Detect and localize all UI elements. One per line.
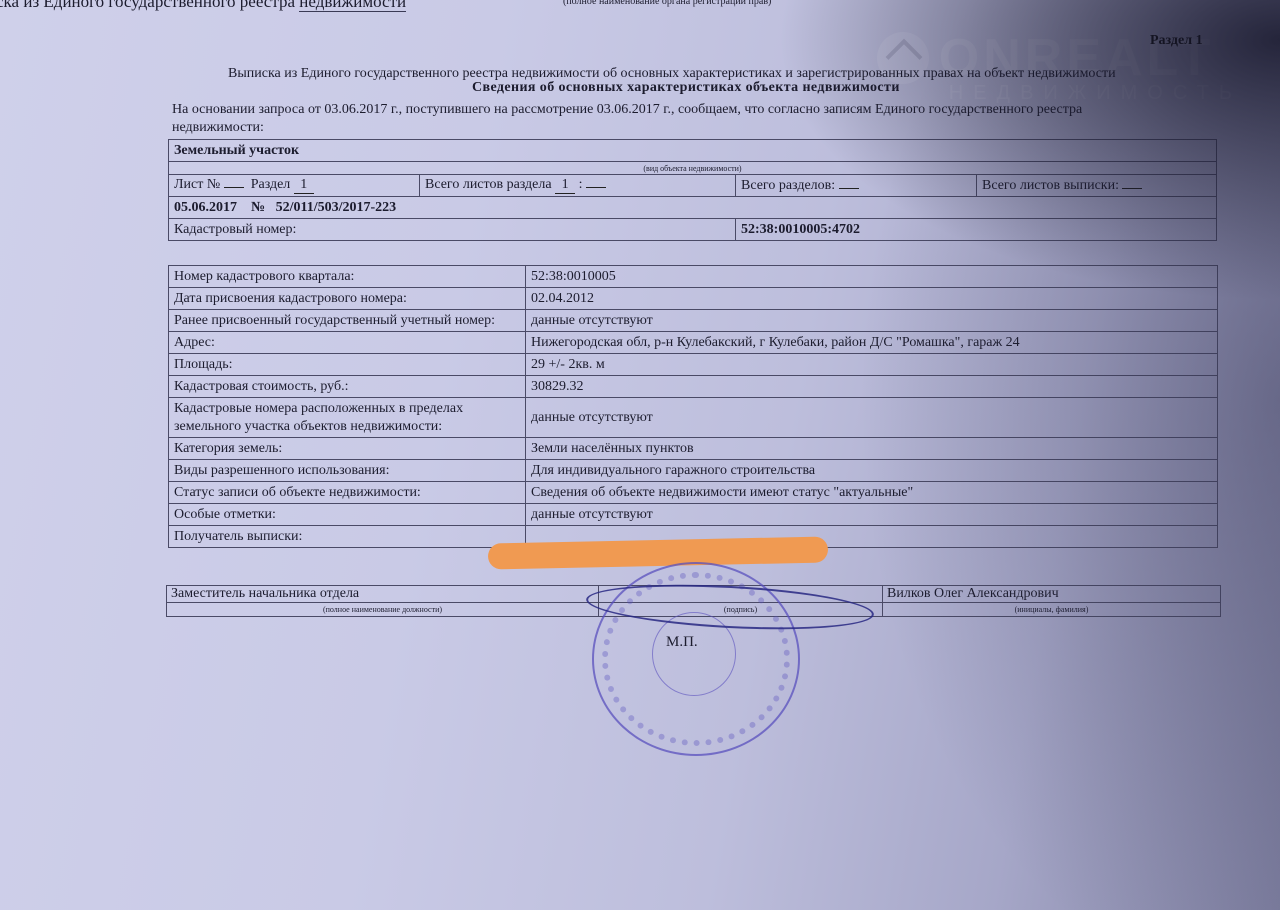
detail-label: Статус записи об объекте недвижимости: bbox=[169, 482, 526, 504]
sheet-cell: Лист № Раздел 1 bbox=[169, 175, 420, 197]
section-sheets-label: Всего листов раздела bbox=[425, 177, 552, 192]
detail-label: Кадастровая стоимость, руб.: bbox=[169, 376, 526, 398]
total-sheets-value bbox=[1122, 188, 1142, 189]
record-number-cell: 05.06.2017 № 52/011/503/2017-223 bbox=[169, 197, 1217, 219]
detail-label: Получатель выписки: bbox=[169, 526, 526, 548]
intro-paragraph: На основании запроса от 03.06.2017 г., п… bbox=[172, 101, 1152, 137]
total-sections-cell: Всего разделов: bbox=[736, 175, 977, 197]
detail-label: Площадь: bbox=[169, 354, 526, 376]
section-word: Раздел bbox=[251, 177, 291, 192]
detail-label: Адрес: bbox=[169, 332, 526, 354]
total-sections-value bbox=[839, 188, 859, 189]
position-value: Заместитель начальника отдела bbox=[167, 586, 599, 603]
object-type: Земельный участок bbox=[169, 140, 1217, 162]
detail-row: Площадь:29 +/- 2кв. м bbox=[169, 354, 1218, 376]
detail-row: Статус записи об объекте недвижимости:Св… bbox=[169, 482, 1218, 504]
detail-value: 29 +/- 2кв. м bbox=[526, 354, 1218, 376]
total-sheets-label: Всего листов выписки: bbox=[982, 178, 1119, 193]
sheet-label: Лист № bbox=[174, 177, 220, 192]
detail-row: Номер кадастрового квартала:52:38:001000… bbox=[169, 266, 1218, 288]
cadastral-label: Кадастровый номер: bbox=[169, 219, 736, 241]
section-sheets-value: 1 bbox=[555, 177, 575, 194]
authority-caption: (полное наименование органа регистрации … bbox=[563, 0, 771, 7]
detail-value: Нижегородская обл, р-н Кулебакский, г Ку… bbox=[526, 332, 1218, 354]
document-subtitle: Сведения об основных характеристиках объ… bbox=[472, 80, 900, 96]
top-title-underlined: недвижимости bbox=[299, 0, 406, 12]
section-sheets-blank bbox=[586, 187, 606, 188]
cadastral-value: 52:38:0010005:4702 bbox=[736, 219, 1217, 241]
total-sections-label: Всего разделов: bbox=[741, 178, 835, 193]
detail-label: Номер кадастрового квартала: bbox=[169, 266, 526, 288]
detail-value: данные отсутствуют bbox=[526, 398, 1218, 438]
detail-row: Особые отметки:данные отсутствуют bbox=[169, 504, 1218, 526]
detail-row: Адрес:Нижегородская обл, р-н Кулебакский… bbox=[169, 332, 1218, 354]
object-type-caption: (вид объекта недвижимости) bbox=[169, 162, 1217, 175]
section-label: Раздел 1 bbox=[1150, 33, 1203, 49]
summary-table: Земельный участок (вид объекта недвижимо… bbox=[168, 139, 1217, 241]
detail-label: Дата присвоения кадастрового номера: bbox=[169, 288, 526, 310]
detail-row: Кадастровая стоимость, руб.:30829.32 bbox=[169, 376, 1218, 398]
total-sheets-cell: Всего листов выписки: bbox=[977, 175, 1217, 197]
stamp-label: М.П. bbox=[666, 634, 698, 651]
section-sheets-suffix: : bbox=[579, 177, 583, 192]
detail-value: 30829.32 bbox=[526, 376, 1218, 398]
position-caption: (полное наименование должности) bbox=[167, 603, 599, 617]
detail-row: Категория земель:Земли населённых пункто… bbox=[169, 438, 1218, 460]
top-title-text: ска из Единого государственного реестра bbox=[0, 0, 295, 11]
detail-value: данные отсутствуют bbox=[526, 504, 1218, 526]
number-sign: № bbox=[251, 200, 265, 215]
detail-label: Особые отметки: bbox=[169, 504, 526, 526]
detail-value: 52:38:0010005 bbox=[526, 266, 1218, 288]
detail-value: 02.04.2012 bbox=[526, 288, 1218, 310]
detail-value: Сведения об объекте недвижимости имеют с… bbox=[526, 482, 1218, 504]
detail-label: Кадастровые номера расположенных в преде… bbox=[169, 398, 526, 438]
section-value: 1 bbox=[294, 177, 314, 194]
record-number: 52/011/503/2017-223 bbox=[276, 200, 397, 215]
detail-label: Ранее присвоенный государственный учетны… bbox=[169, 310, 526, 332]
section-sheets-cell: Всего листов раздела 1 : bbox=[420, 175, 736, 197]
detail-value: Для индивидуального гаражного строительс… bbox=[526, 460, 1218, 482]
details-table: Номер кадастрового квартала:52:38:001000… bbox=[168, 265, 1218, 548]
detail-label: Виды разрешенного использования: bbox=[169, 460, 526, 482]
name-caption: (инициалы, фамилия) bbox=[883, 603, 1221, 617]
sheet-value bbox=[224, 187, 244, 188]
detail-row: Кадастровые номера расположенных в преде… bbox=[169, 398, 1218, 438]
detail-value: Земли населённых пунктов bbox=[526, 438, 1218, 460]
document-title-cut: ска из Единого государственного реестра … bbox=[0, 0, 406, 12]
detail-value: данные отсутствуют bbox=[526, 310, 1218, 332]
record-date: 05.06.2017 bbox=[174, 200, 237, 215]
detail-label: Категория земель: bbox=[169, 438, 526, 460]
detail-row: Дата присвоения кадастрового номера:02.0… bbox=[169, 288, 1218, 310]
detail-row: Виды разрешенного использования:Для инди… bbox=[169, 460, 1218, 482]
signer-name: Вилков Олег Александрович bbox=[883, 586, 1221, 603]
detail-row: Ранее присвоенный государственный учетны… bbox=[169, 310, 1218, 332]
